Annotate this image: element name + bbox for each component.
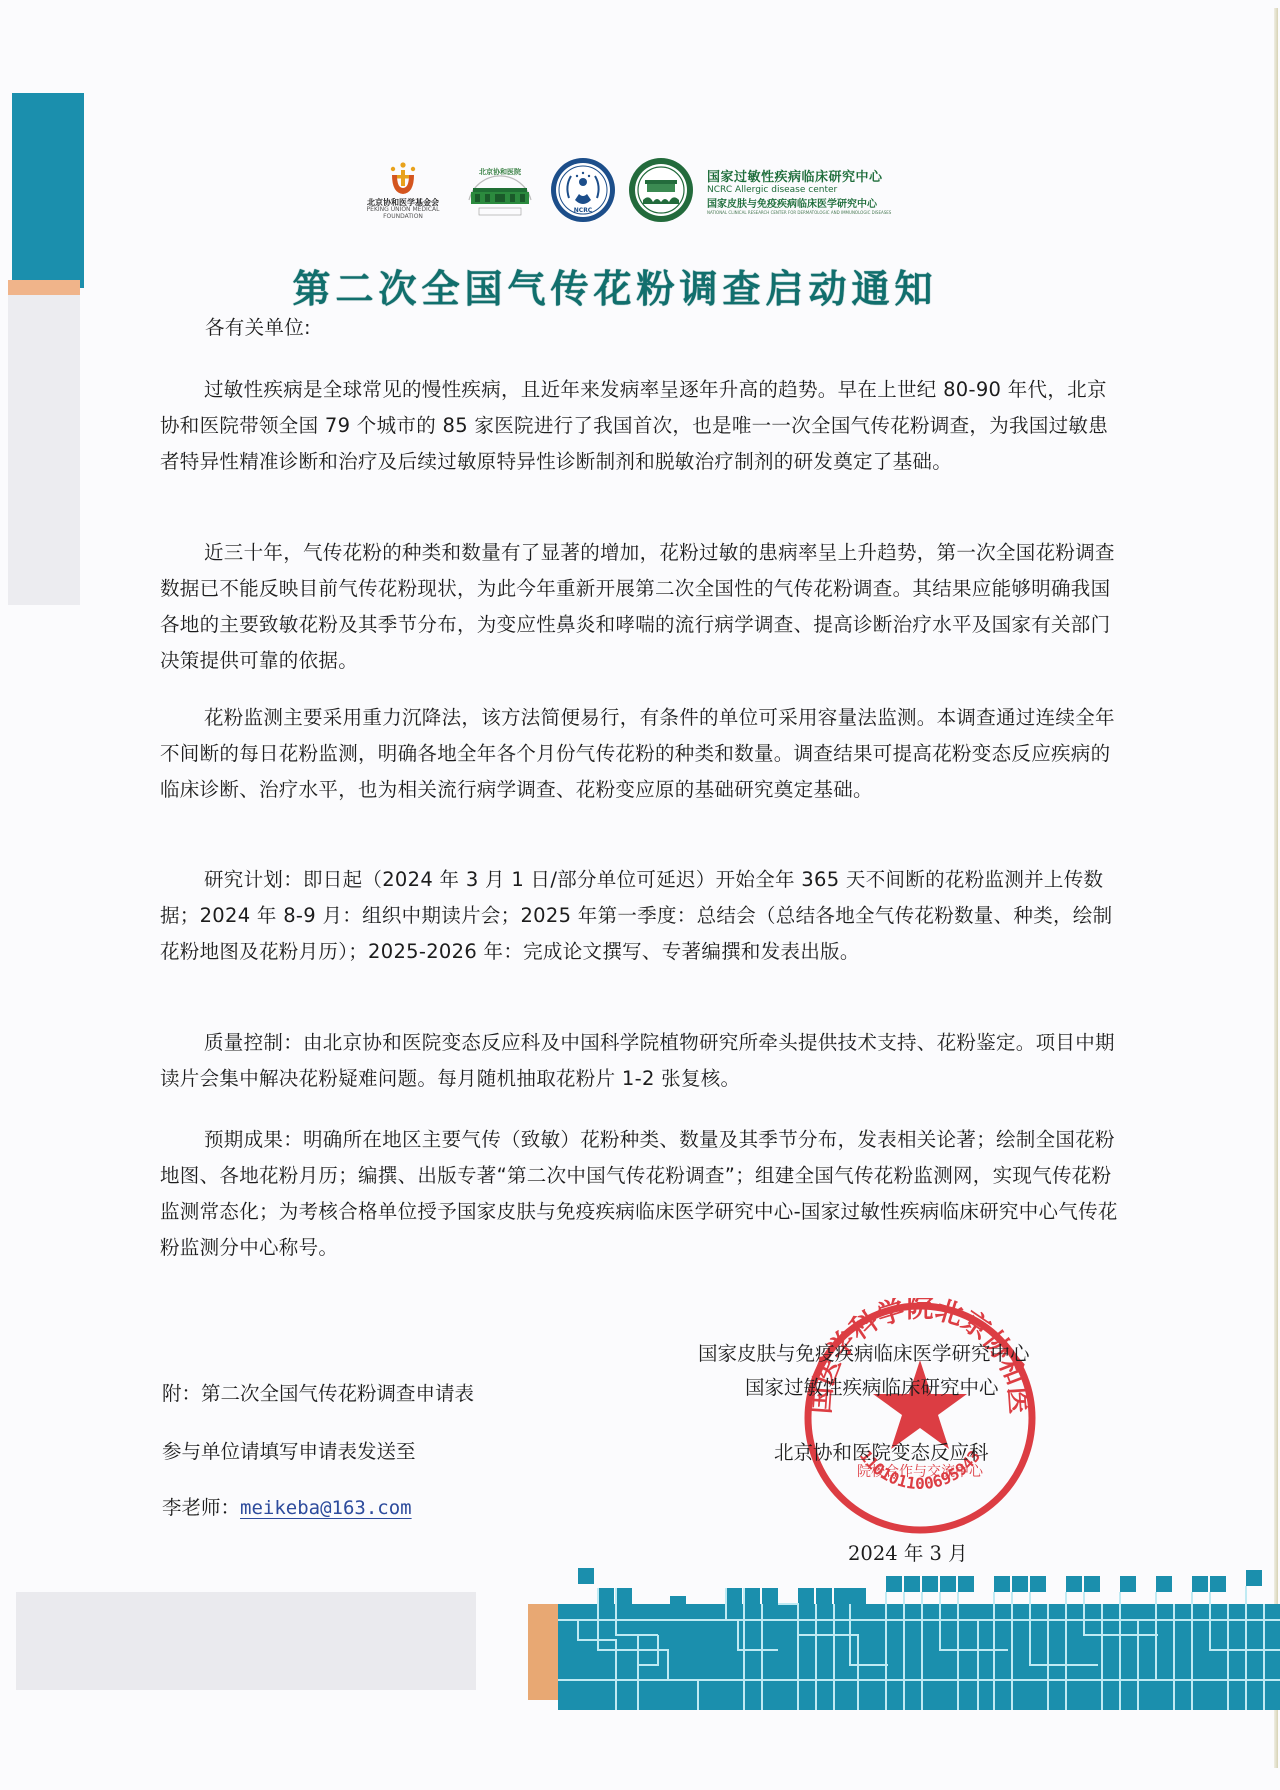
center-name-derm: 国家皮肤与免疫疾病临床医学研究中心 [707, 195, 891, 210]
paragraph-quality-control: 质量控制：由北京协和医院变态反应科及中国科学院植物研究所牵头提供技术支持、花粉鉴… [160, 1025, 1120, 1097]
footer-grey-band [16, 1592, 476, 1690]
foundation-name-en-2: FOUNDATION [367, 213, 440, 220]
signature-department: 北京协和医院变态反应科 [774, 1437, 989, 1465]
official-red-stamp: 中国医学科学院北京协和医院 院校合作与交流中心 110101100695943 [800, 1298, 1040, 1538]
foundation-name-en-1: PEKING UNION MEDICAL [367, 206, 440, 213]
signature-date: 2024 年 3 月 [848, 1538, 968, 1566]
hospital-gate-logo: 北京协和医院 [461, 154, 539, 226]
submission-instruction: 参与单位请填写申请表发送至 [162, 1436, 416, 1464]
paper-edge [1274, 8, 1278, 1768]
paragraph-research-plan: 研究计划：即日起（2024 年 3 月 1 日/部分单位可延迟）开始全年 365… [160, 862, 1120, 970]
contact-label: 李老师： [162, 1496, 240, 1519]
paragraph-background: 过敏性疾病是全球常见的慢性疾病，且近年来发病率呈逐年升高的趋势。早在上世纪 80… [160, 372, 1120, 480]
signature-org-derm-center: 国家皮肤与免疫疾病临床医学研究中心 [698, 1338, 1030, 1366]
paragraph-rationale: 近三十年，气传花粉的种类和数量有了显著的增加，花粉过敏的患病率呈上升趋势，第一次… [160, 535, 1120, 679]
contact-line: 李老师：meikeba@163.com [162, 1492, 412, 1520]
paragraph-method: 花粉监测主要采用重力沉降法，该方法简便易行，有条件的单位可采用容量法监测。本调查… [160, 700, 1120, 808]
signature-org-allergy-center: 国家过敏性疾病临床研究中心 [745, 1372, 999, 1400]
svg-text:北京协和医院: 北京协和医院 [479, 167, 521, 176]
ncrc-badge-logo: NCRC [549, 156, 617, 224]
svg-text:NCRC: NCRC [574, 207, 593, 214]
pumch-foundation-logo: 北京协和医学基金会 PEKING UNION MEDICAL FOUNDATIO… [355, 161, 451, 220]
center-name-allergy: 国家过敏性疾病临床研究中心 [707, 166, 891, 185]
foundation-name-cn: 北京协和医学基金会 [367, 199, 440, 206]
decorative-grey-strip [8, 295, 80, 605]
salutation: 各有关单位: [205, 310, 1165, 346]
center-name-en-full: NATIONAL CLINICAL RESEARCH CENTER FOR DE… [707, 210, 891, 215]
paragraph-expected-results: 预期成果：明确所在地区主要气传（致敏）花粉种类、数量及其季节分布，发表相关论著；… [160, 1122, 1120, 1266]
center-name-block: 国家过敏性疾病临床研究中心 NCRC Allergic disease cent… [707, 166, 891, 215]
footer-pixel-block-pattern [558, 1560, 1280, 1710]
foundation-emblem-icon [386, 161, 420, 197]
allergy-center-badge-logo [627, 156, 695, 224]
contact-email-link[interactable]: meikeba@163.com [240, 1497, 412, 1519]
attachment-note: 附：第二次全国气传花粉调查申请表 [162, 1378, 474, 1406]
document-title: 第二次全国气传花粉调查启动通知 [0, 258, 1230, 313]
footer-peach-band [528, 1604, 558, 1700]
logo-row: 北京协和医学基金会 PEKING UNION MEDICAL FOUNDATIO… [355, 150, 891, 230]
center-name-en: NCRC Allergic disease center [707, 185, 891, 195]
